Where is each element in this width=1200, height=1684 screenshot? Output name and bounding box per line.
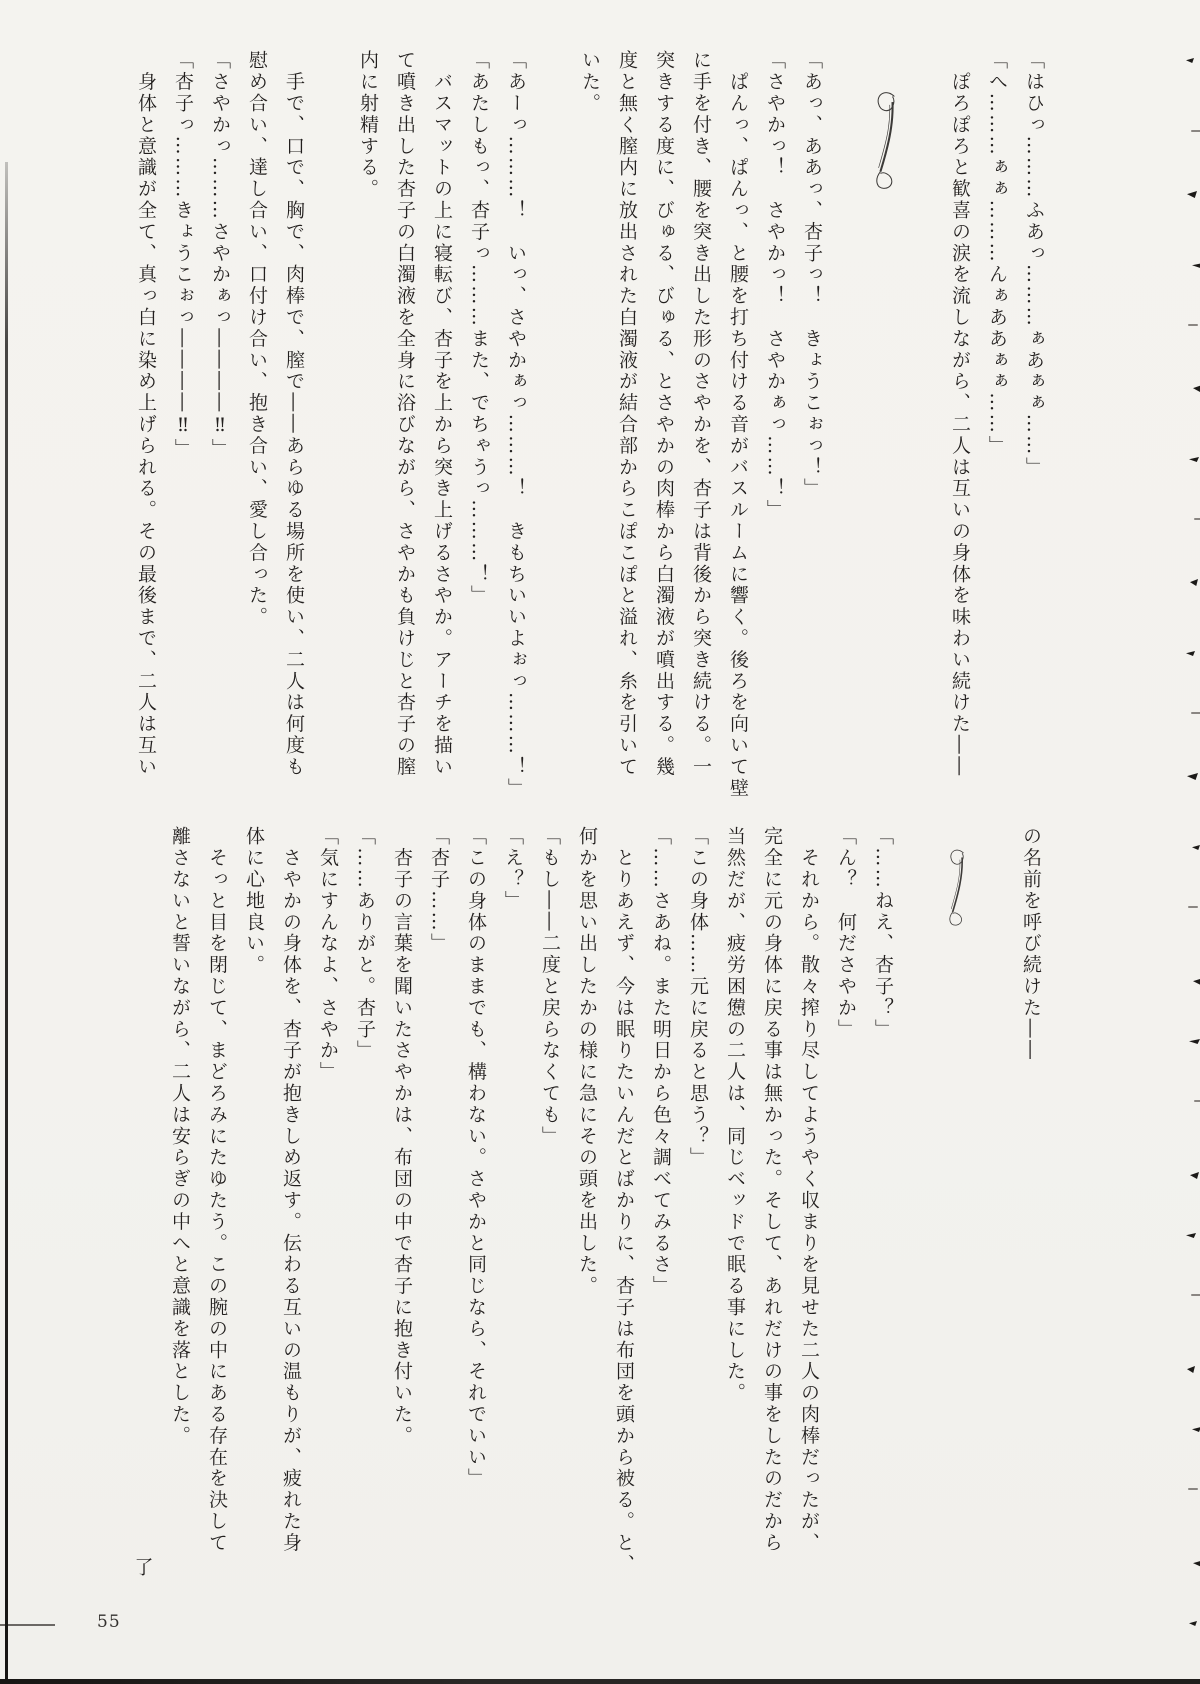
text-column-dialogue: 「この身体……元に戻ると思う？」 xyxy=(679,826,716,1582)
text-column-continuation: 慰め合い、達し合い、口付け合い、抱き合い、愛し合った。 xyxy=(238,50,275,802)
scan-speck xyxy=(1191,712,1200,714)
scan-speck xyxy=(1192,845,1200,850)
text-column-dialogue: 「……ありがと。杏子」 xyxy=(346,826,383,1582)
text-column-dialogue: 「あーっ………！ いっ、さやかぁっ………！ きもちいいよぉっ………！」 xyxy=(497,50,534,802)
text-column-continuation: 何かを思い出したかの様に急にその頭を出した。 xyxy=(568,826,605,1582)
scan-speck xyxy=(1189,457,1199,462)
scan-speck xyxy=(1188,906,1198,908)
scan-speck xyxy=(1186,1233,1196,1238)
text-column-dialogue: 「ん？ 何ださやか」 xyxy=(827,826,864,1582)
scan-speck xyxy=(1187,1366,1195,1373)
scan-speck xyxy=(1188,1488,1198,1490)
text-column-dialogue: 「この身体のままでも、構わない。さやかと同じなら、それでいい」 xyxy=(457,826,494,1582)
column-spacer xyxy=(312,50,349,802)
page-number: 55 xyxy=(97,1612,121,1632)
column-spacer xyxy=(975,826,1012,1582)
text-column-continuation: いた。 xyxy=(571,50,608,802)
scan-speck xyxy=(1194,518,1200,520)
text-column-dialogue: 「あっ、ああっ、杏子っ！ きょうこぉっ！」 xyxy=(793,50,830,802)
text-column-dialogue: 「……ねえ、杏子？」 xyxy=(864,826,901,1582)
text-section-top: 「はひっ………ふあっ………ぁあぁぁ……」「へ………ぁぁ………んぁああぁぁ……」 … xyxy=(127,50,1052,802)
text-section-bottom: の名前を呼び続けた―― 「……ねえ、杏子？」「ん？ 何ださやか」 それから。散々… xyxy=(123,826,1049,1582)
text-column-dialogue: 「あたしもっ、杏子っ………また、でちゃうっ………！」 xyxy=(460,50,497,802)
scan-speck xyxy=(1191,1294,1200,1296)
scan-speck xyxy=(1190,579,1198,586)
text-column-paragraph: さやかの身体を、杏子が抱きしめ返す。伝わる互いの温もりが、疲れた身 xyxy=(272,826,309,1582)
text-column-dialogue: 「……さあね。また明日から色々調べてみるさ」 xyxy=(642,826,679,1582)
scan-speck xyxy=(1187,191,1197,198)
text-column-continuation: 完全に元の身体に戻る事は無かった。そして、あれだけの事をしたのだから xyxy=(753,826,790,1582)
flourish-ornament xyxy=(942,848,972,928)
column-spacer xyxy=(830,50,867,802)
scan-speck xyxy=(1193,978,1200,985)
scan-speck xyxy=(1193,1560,1200,1567)
text-column-dialogue: 「さやかっ………さやかぁっ――――‼」 xyxy=(201,50,238,802)
column-spacer xyxy=(901,826,938,1582)
text-column-paragraph: 杏子の言葉を聞いたさやかは、布団の中で杏子に抱き付いた。 xyxy=(383,826,420,1582)
scan-speck xyxy=(1189,1039,1200,1044)
scan-speck xyxy=(1187,773,1198,780)
scan-speck xyxy=(1193,385,1200,392)
text-column-paragraph: とりあえず、今は眠りたいんだとばかりに、杏子は布団を頭から被る。と、 xyxy=(605,826,642,1582)
scan-speck xyxy=(1192,263,1200,268)
column-spacer xyxy=(904,50,941,802)
scan-speck xyxy=(1192,1427,1200,1432)
end-mark-column: 了 xyxy=(123,826,161,1582)
text-column-continuation: 体に心地良い。 xyxy=(235,826,272,1582)
text-column-paragraph: そっと目を閉じて、まどろみにたゆたう。この腕の中にある存在を決して xyxy=(198,826,235,1582)
text-column-paragraph: 手で、口で、胸で、肉棒で、膣で――あらゆる場所を使い、二人は何度も xyxy=(275,50,312,802)
scan-artifact-left-edge xyxy=(5,162,8,1684)
text-column-continuation: の名前を呼び続けた―― xyxy=(1012,826,1049,1582)
text-column-continuation: 内に射精する。 xyxy=(349,50,386,802)
scan-speck xyxy=(1189,1621,1197,1626)
text-column-dialogue: 「杏子……」 xyxy=(420,826,457,1582)
end-mark: 了 xyxy=(124,1557,161,1578)
text-column-continuation: 当然だが、疲労困憊の二人は、同じベッドで眠る事にした。 xyxy=(716,826,753,1582)
scan-speck xyxy=(1194,1100,1200,1102)
scanned-novel-page: 「はひっ………ふあっ………ぁあぁぁ……」「へ………ぁぁ………んぁああぁぁ……」 … xyxy=(0,0,1200,1684)
text-column-continuation: 突きする度に、びゅる、びゅる、とさやかの肉棒から白濁液が噴出する。幾 xyxy=(645,50,682,802)
column-spacer xyxy=(534,50,571,802)
flourish-ornament-column xyxy=(867,50,904,802)
text-column-dialogue: 「え？」 xyxy=(494,826,531,1582)
text-column-continuation: に手を付き、腰を突き出した形のさやかを、杏子は背後から突き続ける。一 xyxy=(682,50,719,802)
text-column-continuation: 度と無く膣内に放出された白濁液が結合部からこぽこぽと溢れ、糸を引いて xyxy=(608,50,645,802)
text-column-continuation: 離さないと誓いながら、二人は安らぎの中へと意識を落とした。 xyxy=(161,826,198,1582)
text-column-dialogue: 「気にすんなよ、さやか」 xyxy=(309,826,346,1582)
text-column-dialogue: 「もし――二度と戻らなくても」 xyxy=(531,826,568,1582)
text-column-dialogue: 「へ………ぁぁ………んぁああぁぁ……」 xyxy=(978,50,1015,802)
text-column-paragraph: 身体と意識が全て、真っ白に染め上げられる。その最後まで、二人は互い xyxy=(127,50,164,802)
text-column-paragraph: ぱんっ、ぱんっ、と腰を打ち付ける音がバスルームに響く。後ろを向いて壁 xyxy=(719,50,756,802)
text-column-paragraph: それから。散々搾り尽してようやく収まりを見せた二人の肉棒だったが、 xyxy=(790,826,827,1582)
footer-rule xyxy=(0,1624,55,1626)
text-column-dialogue: 「杏子っ………きょうこぉっ――――‼」 xyxy=(164,50,201,802)
text-column-continuation: て噴き出した杏子の白濁液を全身に浴びながら、さやかも負けじと杏子の膣 xyxy=(386,50,423,802)
text-column-dialogue: 「はひっ………ふあっ………ぁあぁぁ……」 xyxy=(1015,50,1052,802)
scan-speck xyxy=(1191,130,1200,132)
scan-speck xyxy=(1186,651,1195,656)
scan-speck xyxy=(1186,58,1194,63)
flourish-ornament-column xyxy=(938,826,975,1582)
flourish-ornament xyxy=(871,90,901,192)
text-column-dialogue: 「さやかっ！ さやかっ！ さやかぁっ……！」 xyxy=(756,50,793,802)
scan-speck xyxy=(1190,1172,1199,1179)
scan-artifact-bottom-edge xyxy=(0,1679,1200,1684)
scan-speck xyxy=(1188,324,1198,326)
text-column-paragraph: バスマットの上に寝転び、杏子を上から突き上げるさやか。アーチを描い xyxy=(423,50,460,802)
text-column-paragraph: ぽろぽろと歓喜の涙を流しながら、二人は互いの身体を味わい続けた―― xyxy=(941,50,978,802)
